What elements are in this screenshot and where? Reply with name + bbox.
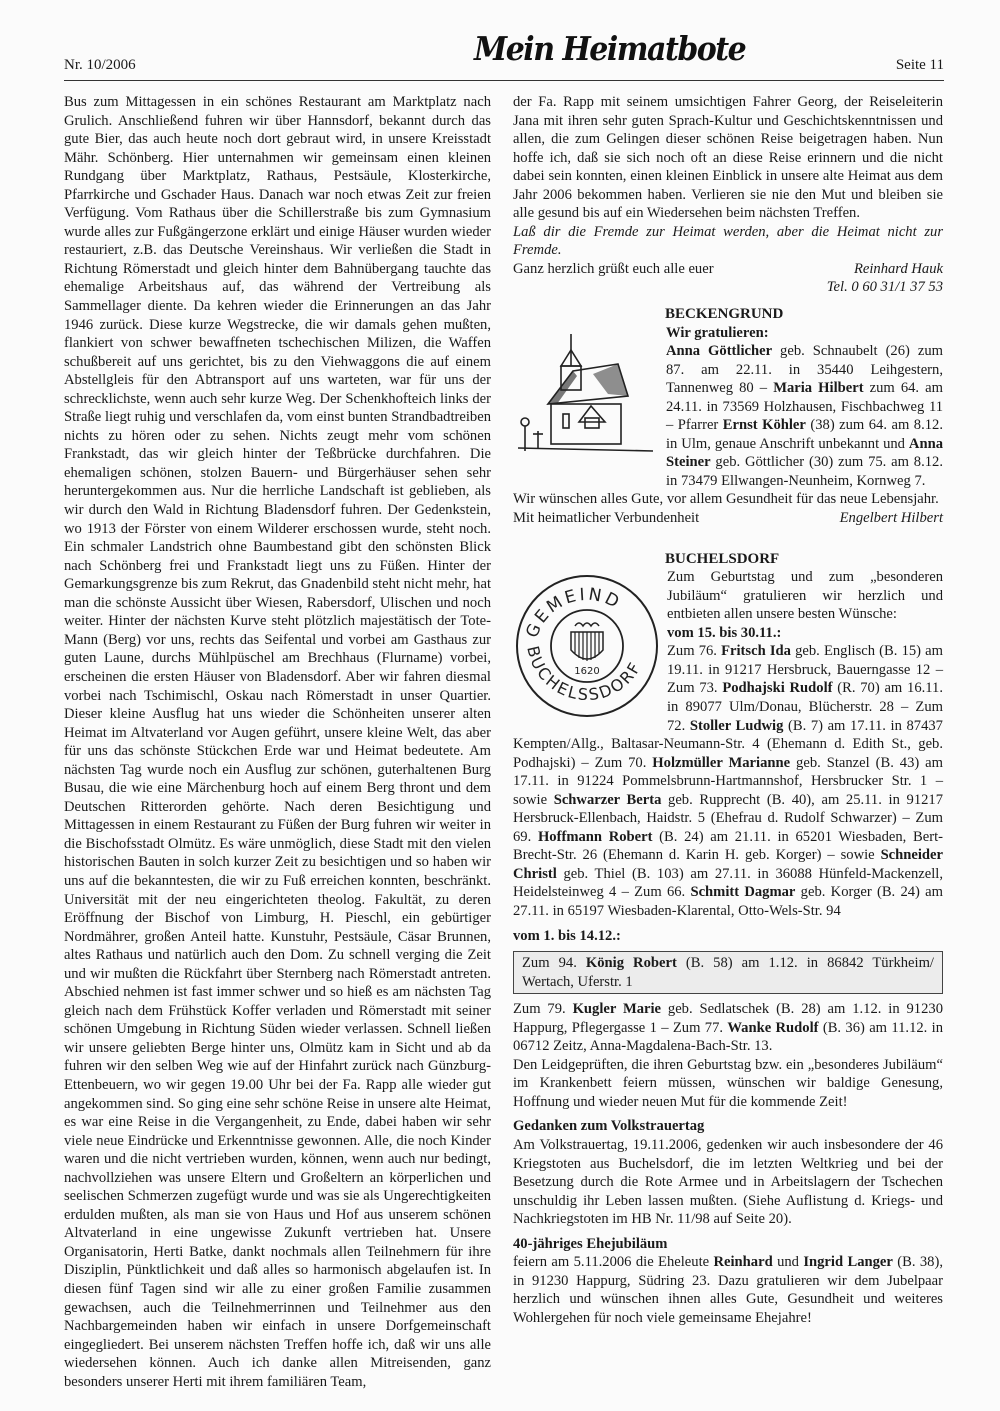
spouse-name: Reinhard bbox=[713, 1254, 772, 1270]
closing: Mit heimatlicher Verbundenheit bbox=[513, 509, 699, 528]
get-well-wishes: Den Leidgeprüften, die ihren Geburtstag … bbox=[513, 1056, 943, 1112]
page-header: Nr. 10/2006 Mein Heimatbote Seite 11 bbox=[64, 40, 944, 81]
celebrant-name: Stoller Ludwig bbox=[690, 718, 784, 734]
spouse-name: Ingrid Langer bbox=[803, 1254, 893, 1270]
period-heading: vom 1. bis 14.12.: bbox=[513, 927, 943, 946]
section-title-beckengrund: BECKENGRUND bbox=[665, 305, 943, 324]
issue-number: Nr. 10/2006 bbox=[64, 57, 136, 74]
celebrant-name: Wanke Rudolf bbox=[727, 1020, 818, 1036]
left-column: Bus zum Mittagessen in ein schönes Resta… bbox=[64, 93, 491, 1391]
right-column: der Fa. Rapp mit seinem umsichtigen Fahr… bbox=[513, 93, 943, 1327]
celebrant-name: Hoffmann Robert bbox=[538, 829, 653, 845]
buchelsdorf-seal: GEMEIND BUCHELSSDORF 1620 bbox=[513, 570, 661, 730]
travel-report-text: Bus zum Mittagessen in ein schönes Resta… bbox=[64, 93, 491, 1391]
church-icon bbox=[513, 326, 658, 466]
svg-text:1620: 1620 bbox=[574, 666, 599, 677]
church-illustration bbox=[513, 326, 658, 476]
congrats-heading: Wir gratulieren: bbox=[666, 325, 769, 341]
celebrant-name: Schwarzer Berta bbox=[554, 792, 662, 808]
celebrant-name: Maria Hilbert bbox=[773, 380, 863, 396]
motto: Laß dir die Fremde zur Heimat werden, ab… bbox=[513, 223, 943, 260]
page-number: Seite 11 bbox=[896, 57, 944, 74]
anniversary-text: feiern am 5.11.2006 die Eheleute Reinhar… bbox=[513, 1253, 943, 1327]
anniversary-heading: 40-jähriges Ehejubiläum bbox=[513, 1235, 943, 1254]
section-title-buchelsdorf: BUCHELSDORF bbox=[665, 550, 943, 569]
celebrant-name: Kugler Marie bbox=[573, 1001, 661, 1017]
celebrant-name: Fritsch Ida bbox=[721, 643, 791, 659]
memorial-text: Am Volkstrauertag, 19.11.2006, gedenken … bbox=[513, 1136, 943, 1229]
celebrant-name: Ernst Köhler bbox=[723, 417, 806, 433]
beckengrund-signature-row: Mit heimatlicher Verbundenheit Engelbert… bbox=[513, 509, 943, 528]
masthead-logo: Mein Heimatbote bbox=[474, 30, 745, 69]
celebrant-name: Holzmüller Marianne bbox=[652, 755, 790, 771]
author-name: Reinhard Hauk bbox=[854, 260, 943, 279]
municipal-seal-icon: GEMEIND BUCHELSSDORF 1620 bbox=[513, 570, 661, 720]
birthday-list-dec: Zum 79. Kugler Marie geb. Sedlatschek (B… bbox=[513, 1000, 943, 1056]
author-signature-row: Ganz herzlich grüßt euch alle euer Reinh… bbox=[513, 260, 943, 279]
celebrant-name: Schmitt Dagmar bbox=[690, 884, 795, 900]
memorial-heading: Gedanken zum Volkstrauertag bbox=[513, 1117, 943, 1136]
greeting: Ganz herzlich grüßt euch alle euer bbox=[513, 260, 714, 279]
author-phone: Tel. 0 60 31/1 37 53 bbox=[513, 278, 943, 297]
beckengrund-wish: Wir wünschen alles Gute, vor allem Gesun… bbox=[513, 490, 943, 509]
celebrant-name: König Robert bbox=[586, 955, 677, 971]
signature: Engelbert Hilbert bbox=[840, 509, 943, 528]
travel-report-continuation: der Fa. Rapp mit seinem umsichtigen Fahr… bbox=[513, 93, 943, 223]
highlighted-birthday-box: Zum 94. König Robert (B. 58) am 1.12. in… bbox=[513, 951, 943, 994]
celebrant-name: Anna Göttlicher bbox=[666, 343, 772, 359]
celebrant-name: Podhajski Rudolf bbox=[722, 680, 832, 696]
